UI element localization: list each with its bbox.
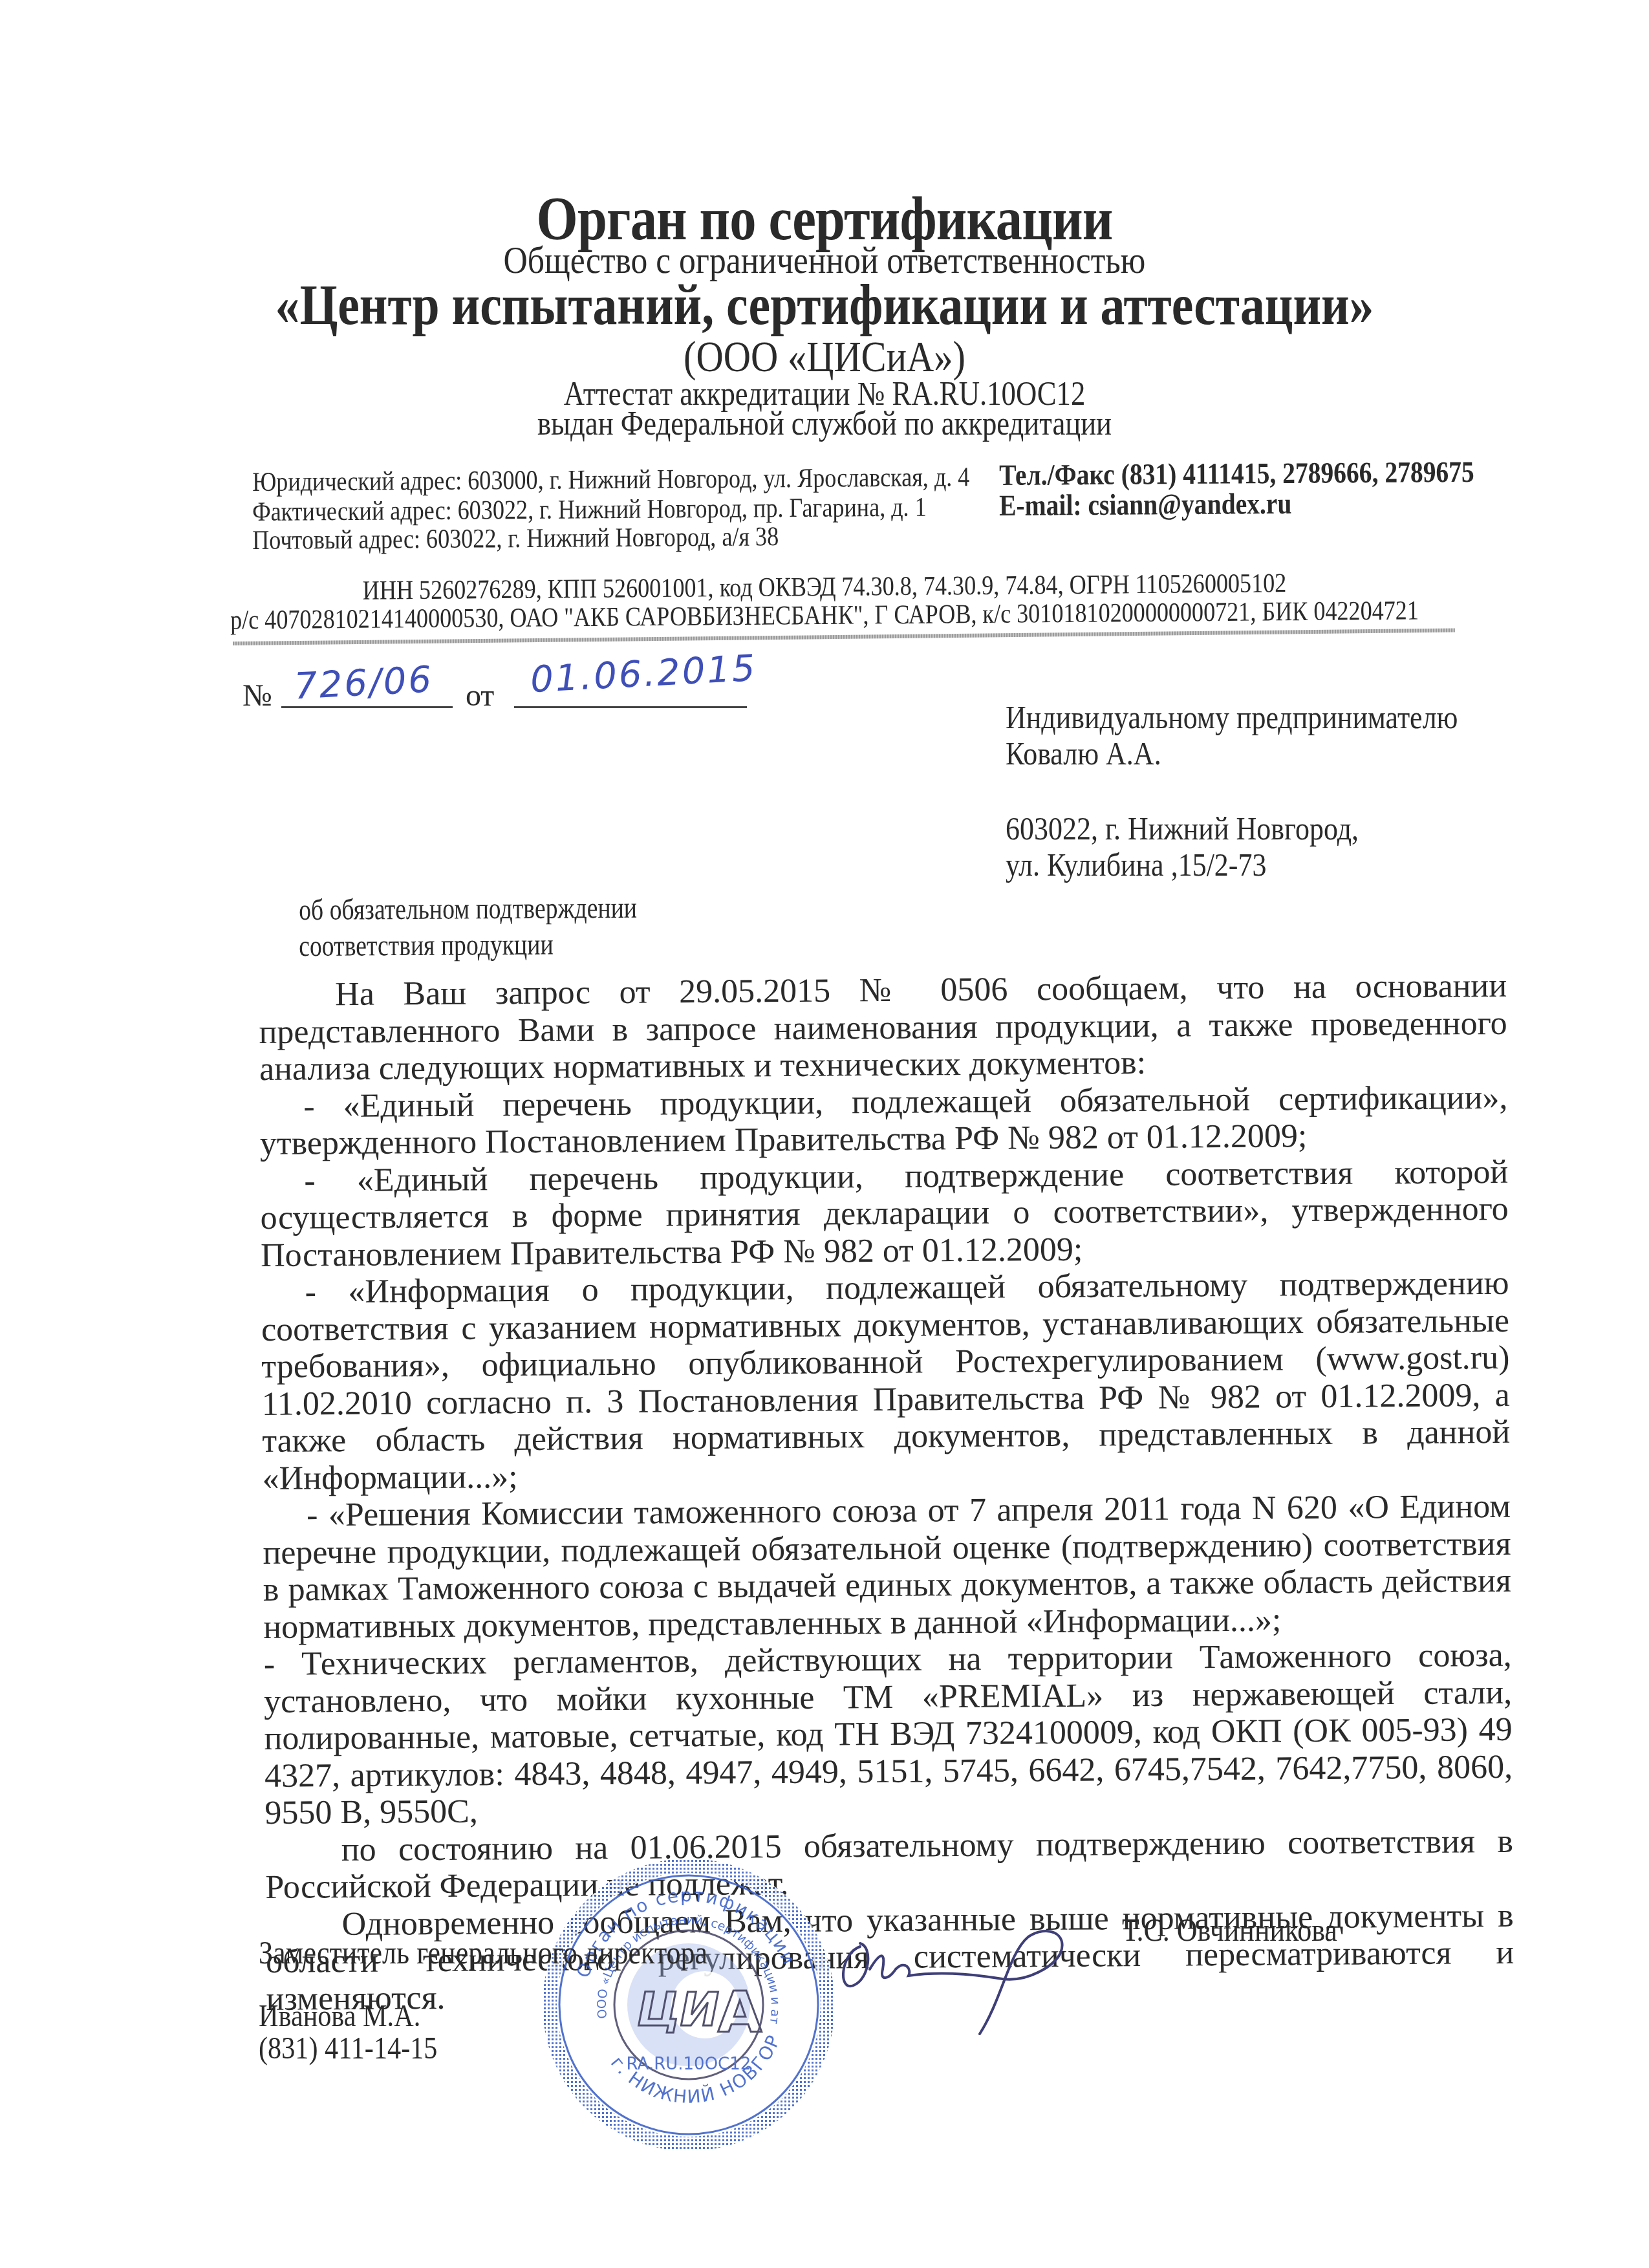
recipient-line-2: Ковалю А.А. <box>1006 735 1161 772</box>
signatory-name: Т.С. Овчинникова <box>1122 1911 1337 1949</box>
email: E-mail: csiann@yandex.ru <box>999 486 1291 523</box>
body-item-certification-list: - «Единый перечень продукции, подлежащей… <box>259 1079 1508 1162</box>
recipient-line-4: ул. Кулибина ,15/2-73 <box>1006 846 1267 883</box>
number-handwritten: 726/06 <box>293 658 434 707</box>
executor-phone: (831) 411-14-15 <box>259 2031 437 2066</box>
letterhead-org-name: «Центр испытаний, сертификации и аттеста… <box>116 273 1534 338</box>
official-stamp-icon: Орган по сертификации ООО «Центр испытан… <box>540 1856 837 2154</box>
date-label: от <box>466 678 494 713</box>
recipient-line-3: 603022, г. Нижний Новгород, <box>1006 810 1359 847</box>
body-paragraph-conclusion: по состоянию на 01.06.2015 обязательному… <box>265 1822 1514 1906</box>
body-item-customs-union-decision: - «Решения Комиссии таможенного союза от… <box>263 1488 1512 1646</box>
stamp-logo-right: А <box>718 1979 762 2046</box>
executor-name: Иванова М.А. <box>259 1998 420 2034</box>
signatory-position: Заместитель генерального директора <box>259 1934 707 1971</box>
recipient-line-1: Индивидуальному предпринимателю <box>1006 698 1458 736</box>
body-item-technical-regulations: - Технических регламентов, действующих н… <box>264 1637 1513 1832</box>
body-item-declaration-list: - «Единый перечень продукции, подтвержде… <box>260 1153 1509 1274</box>
subject-line-2: соответствия продукции <box>299 927 554 963</box>
letterhead-issued-by: выдан Федеральной службой по аккредитаци… <box>116 405 1534 443</box>
stamp-logo-left: ЦИ <box>637 1982 719 2036</box>
number-label: № <box>242 678 272 713</box>
subject-line-1: об обязательном подтверждении <box>299 891 637 927</box>
stamp-accreditation: RA.RU.10OC12 <box>627 2055 751 2074</box>
body-paragraph-intro: На Ваш запрос от 29.05.2015 № 0506 сообщ… <box>259 967 1507 1088</box>
letter-body: На Ваш запрос от 29.05.2015 № 0506 сообщ… <box>259 967 1514 2018</box>
handwritten-signature-icon <box>834 1908 1132 2037</box>
postal-address: Почтовый адрес: 603022, г. Нижний Новгор… <box>252 521 779 556</box>
body-item-gost-information: - «Информация о продукции, подлежащей об… <box>261 1265 1510 1497</box>
